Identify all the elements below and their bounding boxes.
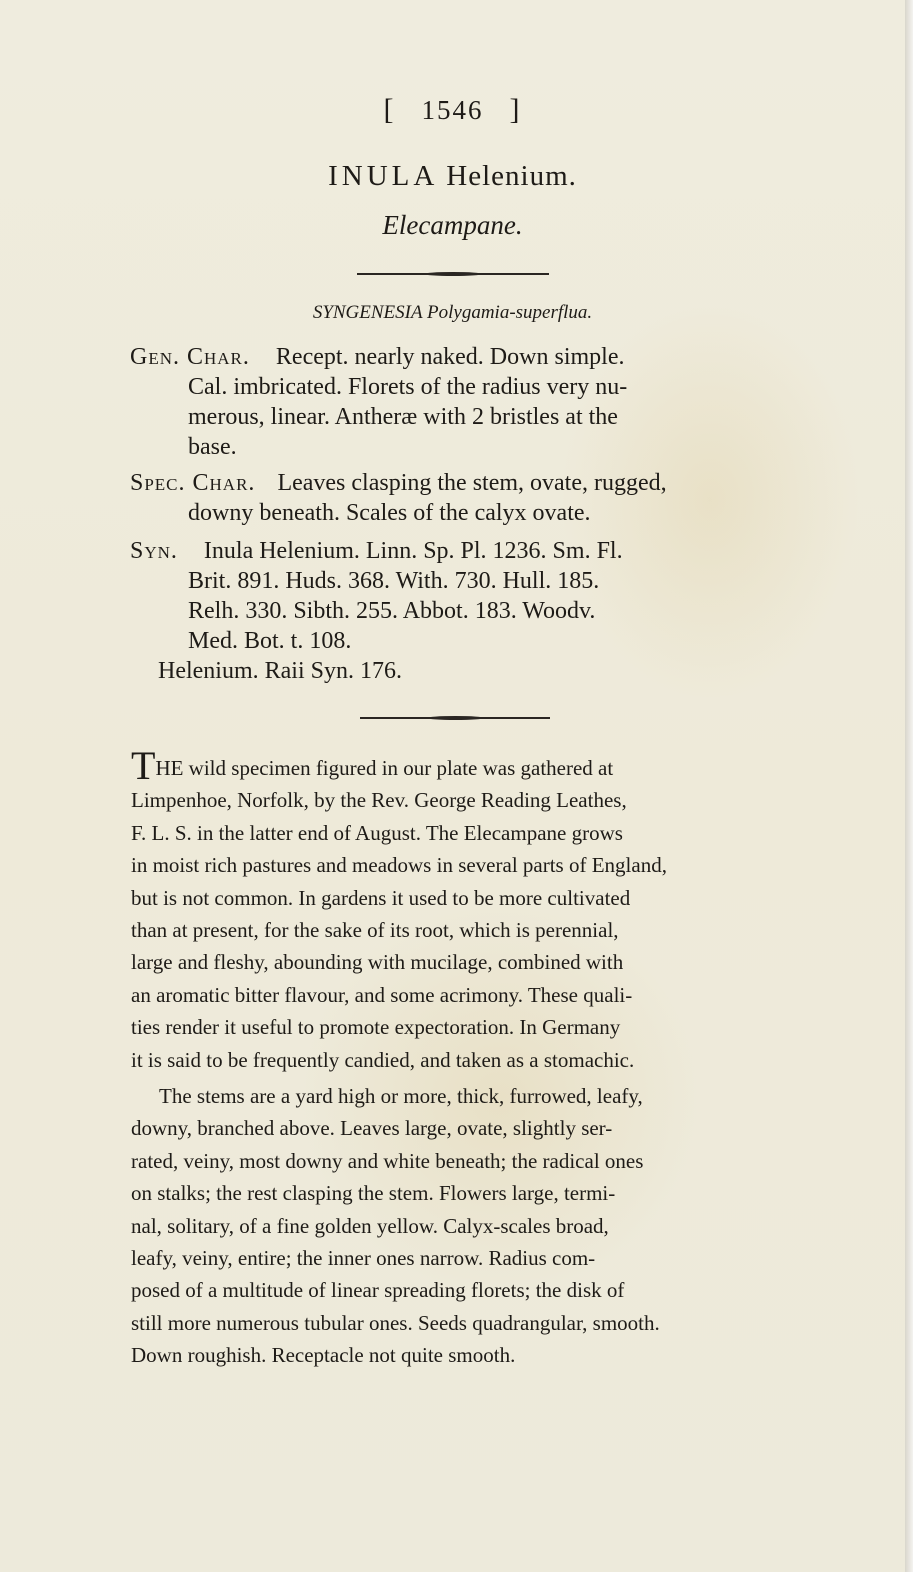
specific-character: Spec. Char.Leaves clasping the stem, ova… [130,468,782,528]
description-paragraph-2: The stems are a yard high or more, thick… [131,1080,783,1372]
spec-char-label: Spec. Char. [130,468,255,498]
generic-character: Gen. Char.Recept. nearly naked. Down sim… [130,342,782,462]
species-title: INULAHelenium. [0,160,905,193]
genus-name: INULA [328,160,438,192]
page-number: [1546] [0,93,905,127]
common-name: Elecampane. [0,210,905,241]
page-number-value: 1546 [422,95,484,125]
gen-char-label: Gen. Char. [130,342,250,372]
description-paragraph-1: THE wild specimen figured in our plate w… [131,752,783,1076]
species-name: Helenium. [446,160,577,192]
ornamental-rule [357,273,549,275]
drop-cap: T [131,743,155,788]
linnaean-classification: SYNGENESIA Polygamia-superflua. [0,302,905,324]
book-page: [1546] INULAHelenium. Elecampane. SYNGEN… [0,0,905,1572]
page-edge [905,0,913,1572]
synonyms: Syn.Inula Helenium. Linn. Sp. Pl. 1236. … [130,536,782,686]
ornamental-rule [360,717,550,719]
syn-label: Syn. [130,536,178,566]
